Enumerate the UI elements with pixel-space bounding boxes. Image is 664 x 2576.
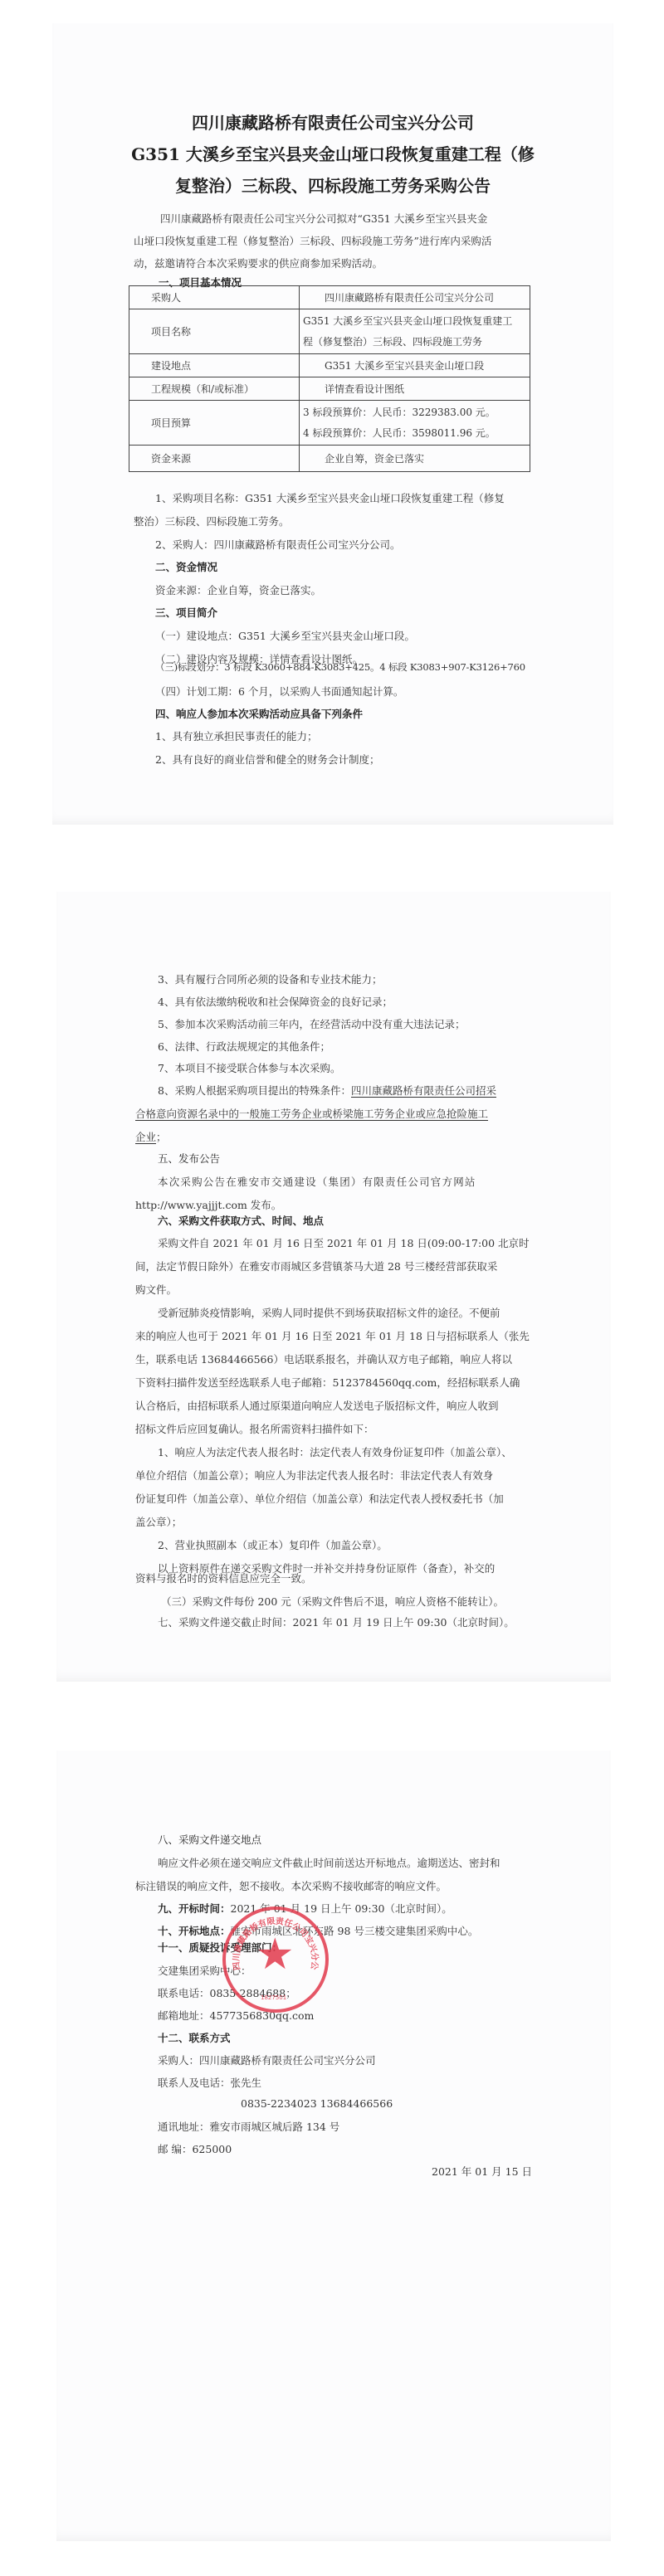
opening-location-label: 十、开标地点： <box>158 1925 231 1937</box>
table-value: 3 标段预算价：人民币：3229383.00 元。 4 标段预算价：人民币：35… <box>300 401 530 446</box>
section-12-heading: 十二、联系方式 <box>158 2030 231 2045</box>
opening-time-label: 九、开标时间： <box>158 1902 231 1915</box>
table-row: 工程规模（和/或标准） 详情查看设计图纸 <box>129 377 530 401</box>
section-6-para-2: 来的响应人也可于 2021 年 01 月 16 日至 2021 年 01 月 1… <box>135 1328 530 1343</box>
section-4-item-8-line-2: 合格意向资源名录中的一般施工劳务企业或桥梁施工劳务企业或应急抢险施工 <box>135 1106 488 1121</box>
section-1-item-1-line-2: 整治）三标段、四标段施工劳务。 <box>134 514 290 528</box>
table-value: G351 大溪乡至宝兴县夹金山垭口段 <box>300 354 530 377</box>
section-6-req-1: 盖公章）； <box>135 1514 182 1529</box>
section-6-fee: （三）采购文件每份 200 元（采购文件售后不退，响应人资格不能转让）。 <box>161 1594 504 1609</box>
section-1-item-1-line-1: 1、采购项目名称：G351 大溪乡至宝兴县夹金山垭口段恢复重建工程（修复 <box>155 490 505 505</box>
section-6-para-2: 下资料扫描件发送至经选联系人电子邮箱：5123784560qq.com，经招标联… <box>135 1375 520 1390</box>
intro-line-2: 山垭口段恢复重建工程（修复整治）三标段、四标段施工劳务”进行库内采购活 <box>134 233 491 248</box>
section-4-item: 3、具有履行合同所必须的设备和专业技术能力； <box>158 971 382 986</box>
section-6-para-1: 购文件。 <box>135 1282 177 1297</box>
item-8-suffix: ； <box>156 1131 167 1143</box>
section-6-para-1: 采购文件自 2021 年 01 月 16 日至 2021 年 01 月 18 日… <box>158 1235 530 1250</box>
section-6-para-2: 招标文件后应回复确认。报名所需资料扫描件如下： <box>135 1421 374 1436</box>
document-page-1: 四川康藏路桥有限责任公司宝兴分公司 G351 大溪乡至宝兴县夹金山垭口段恢复重建… <box>52 23 613 825</box>
section-5-line-1: 本次采购公告在雅安市交通建设（集团）有限责任公司官方网站 <box>158 1174 476 1189</box>
section-6-para-1: 间，法定节假日除外）在雅安市雨城区多营镇茶马大道 28 号三楼经营部获取采 <box>135 1259 497 1273</box>
section-4-item: 7、本项目不接受联合体参与本次采购。 <box>158 1060 340 1075</box>
section-7-deadline: 七、采购文件递交截止时间：2021 年 01 月 19 日上午 09:30（北京… <box>158 1614 515 1629</box>
table-key: 项目名称 <box>129 309 300 354</box>
contact-phones: 0835-2234023 13684466566 <box>241 2097 393 2110</box>
section-2-text: 资金来源：企业自筹，资金已落实。 <box>155 582 321 597</box>
section-3-item: （一）建设地点：G351 大溪乡至宝兴县夹金山垭口段。 <box>155 628 415 643</box>
section-6-note: 资料与报名时的资料信息应完全一致。 <box>135 1570 312 1585</box>
section-6-req-1: 份证复印件（加盖公章）、单位介绍信（加盖公章）和法定代表人授权委托书（加 <box>135 1491 504 1506</box>
table-value: 详情查看设计图纸 <box>300 377 530 401</box>
table-value-line: 4 标段预算价：人民币：3598011.96 元。 <box>303 423 523 444</box>
section-4-item: 4、具有依法缴纳税收和社会保障资金的良好记录； <box>158 994 393 1009</box>
intro-line-1: 四川康藏路桥有限责任公司宝兴分公司拟对“G351 大溪乡至宝兴县夹金 <box>160 211 487 226</box>
section-2-heading: 二、资金情况 <box>155 559 217 574</box>
section-4-item: 2、具有良好的商业信誉和健全的财务会计制度； <box>155 752 379 767</box>
section-8-line: 标注错误的响应文件，恕不接收。本次采购不接收邮寄的响应文件。 <box>135 1878 447 1893</box>
section-3-item: （四）计划工期：6 个月，以采购人书面通知起计算。 <box>155 684 403 699</box>
table-key: 项目预算 <box>129 401 300 446</box>
table-value-line: 3 标段预算价：人民币：3229383.00 元。 <box>303 402 523 423</box>
table-row: 建设地点 G351 大溪乡至宝兴县夹金山垭口段 <box>129 354 530 377</box>
section-6-para-2: 受新冠肺炎疫情影响，采购人同时提供不到场获取招标文件的途径。不便前 <box>158 1305 500 1320</box>
document-title-line-2: G351 大溪乡至宝兴县夹金山垭口段恢复重建工程（修 <box>52 141 613 165</box>
seal-number: 1827501 <box>261 1994 286 2001</box>
section-5-line-2: http://www.yajjjt.com 发布。 <box>135 1197 281 1212</box>
section-3-heading: 三、项目简介 <box>155 605 217 620</box>
document-title-line-1: 四川康藏路桥有限责任公司宝兴分公司 <box>52 110 613 134</box>
section-4-item: 6、法律、行政法规规定的其他条件； <box>158 1039 330 1054</box>
table-key: 采购人 <box>129 286 300 309</box>
section-4-item-8-line-1: 8、采购人根据采购项目提出的特殊条件：四川康藏路桥有限责任公司招采 <box>158 1083 496 1098</box>
document-page-3: 八、采购文件递交地点 响应文件必须在递交响应文件截止时间前送达开标地点。逾期送达… <box>56 1751 611 2541</box>
intro-line-3: 动，兹邀请符合本次采购要求的供应商参加采购活动。 <box>134 256 383 270</box>
section-6-req-1: 1、响应人为法定代表人报名时：法定代表人有效身份证复印件（加盖公章）、 <box>158 1444 512 1459</box>
table-row: 资金来源 企业自筹，资金已落实 <box>129 446 530 472</box>
contact-address: 通讯地址：雅安市雨城区城后路 134 号 <box>158 2119 339 2134</box>
section-4-item-8-line-3: 企业； <box>135 1129 167 1144</box>
item-8-underlined: 企业 <box>135 1131 156 1143</box>
table-key: 建设地点 <box>129 354 300 377</box>
table-value: 四川康藏路桥有限责任公司宝兴分公司 <box>300 286 530 309</box>
section-6-para-2: 认合格后，由招标联系人通过原渠道向响应人发送电子版招标文件，响应人收到 <box>135 1398 499 1413</box>
section-6-req-1: 单位介绍信（加盖公章）；响应人为非法定代表人报名时：非法定代表人有效身 <box>135 1468 493 1483</box>
table-row: 项目名称 G351 大溪乡至宝兴县夹金山垭口段恢复重建工 程（修复整治）三标段、… <box>129 309 530 354</box>
table-key: 资金来源 <box>129 446 300 472</box>
table-value: 企业自筹，资金已落实 <box>300 446 530 472</box>
table-key: 工程规模（和/或标准） <box>129 377 300 401</box>
table-row: 项目预算 3 标段预算价：人民币：3229383.00 元。 4 标段预算价：人… <box>129 401 530 446</box>
table-value-line: 程（修复整治）三标段、四标段施工劳务 <box>303 332 523 353</box>
item-8-prefix: 8、采购人根据采购项目提出的特殊条件： <box>158 1084 351 1097</box>
company-seal-stamp: 四川康藏路桥有限责任公司宝兴分公司 ★ 1827501 <box>222 1906 329 2013</box>
section-4-heading: 四、响应人参加本次采购活动应具备下列条件 <box>155 706 363 721</box>
section-1-item-2: 2、采购人：四川康藏路桥有限责任公司宝兴分公司。 <box>155 537 400 552</box>
item-8-underlined: 四川康藏路桥有限责任公司招采 <box>351 1084 496 1097</box>
table-row: 采购人 四川康藏路桥有限责任公司宝兴分公司 <box>129 286 530 309</box>
section-5-heading: 五、发布公告 <box>158 1151 220 1166</box>
document-date: 2021 年 01 月 15 日 <box>432 2164 532 2179</box>
project-info-table: 采购人 四川康藏路桥有限责任公司宝兴分公司 项目名称 G351 大溪乡至宝兴县夹… <box>129 285 530 472</box>
section-6-para-2: 生，联系电话 13684466566）电话联系报名，并确认双方电子邮箱，响应人将… <box>135 1351 512 1366</box>
section-8-heading: 八、采购文件递交地点 <box>158 1832 261 1847</box>
section-4-item: 1、具有独立承担民事责任的能力； <box>155 728 317 743</box>
section-6-req-2: 2、营业执照副本（或正本）复印件（加盖公章）。 <box>158 1537 388 1552</box>
section-6-heading: 六、采购文件获取方式、时间、地点 <box>158 1213 324 1228</box>
document-page-2: 3、具有履行合同所必须的设备和专业技术能力； 4、具有依法缴纳税收和社会保障资金… <box>56 892 611 1682</box>
seal-star-icon: ★ <box>256 1933 295 1976</box>
section-4-item: 5、参加本次采购活动前三年内，在经营活动中没有重大违法记录； <box>158 1016 465 1031</box>
section-8-line: 响应文件必须在递交响应文件截止时间前送达开标地点。逾期送达、密封和 <box>158 1855 500 1870</box>
table-value-line: G351 大溪乡至宝兴县夹金山垭口段恢复重建工 <box>303 311 523 332</box>
section-3-item: （三)标段划分：3 标段 K3060+884-K3083+425。4 标段 K3… <box>155 660 525 674</box>
contact-postcode: 邮 编：625000 <box>158 2141 232 2156</box>
table-value: G351 大溪乡至宝兴县夹金山垭口段恢复重建工 程（修复整治）三标段、四标段施工… <box>300 309 530 354</box>
contact-person: 联系人及电话：张先生 <box>158 2075 261 2090</box>
document-title-line-3: 复整治）三标段、四标段施工劳务采购公告 <box>52 173 613 197</box>
contact-buyer: 采购人：四川康藏路桥有限责任公司宝兴分公司 <box>158 2053 376 2067</box>
